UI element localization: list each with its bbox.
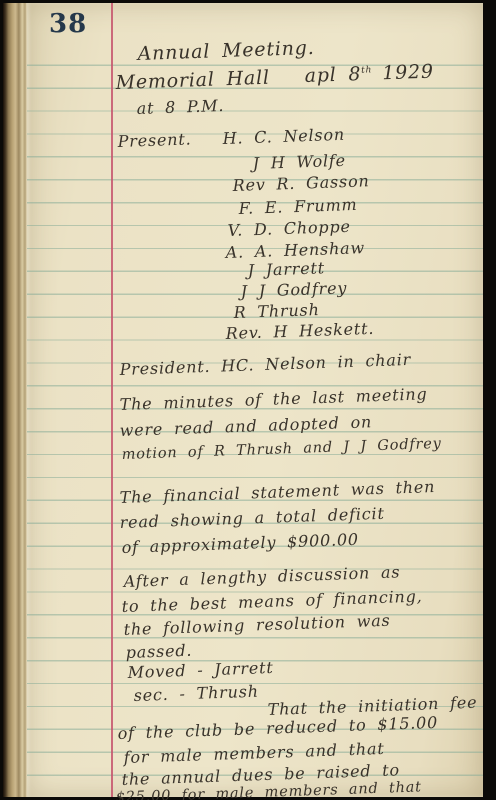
heading-date-suffix: th: [361, 65, 372, 75]
attendee-name: R Thrush: [233, 300, 320, 322]
book-binding-edge: [3, 3, 27, 797]
heading-date: apl 8th1929: [304, 61, 434, 87]
attendee-name: J H Wolfe: [252, 151, 346, 173]
margin-line: [111, 3, 113, 797]
attendee-name: J J Godfrey: [240, 278, 347, 301]
heading-date-day: apl 8: [304, 63, 361, 87]
discussion-paragraph-line: passed.: [125, 641, 192, 662]
heading-year: 1929: [382, 61, 434, 85]
page-number: 38: [49, 9, 87, 39]
attendees-label: Present.: [117, 129, 191, 151]
heading-time: at 8 P.M.: [136, 96, 224, 118]
ledger-page: 38 Annual Meeting. Memorial Hall apl 8th…: [27, 3, 483, 797]
scanned-minute-book-photo: 38 Annual Meeting. Memorial Hall apl 8th…: [0, 0, 496, 800]
attendee-name: J Jarrett: [247, 258, 325, 280]
